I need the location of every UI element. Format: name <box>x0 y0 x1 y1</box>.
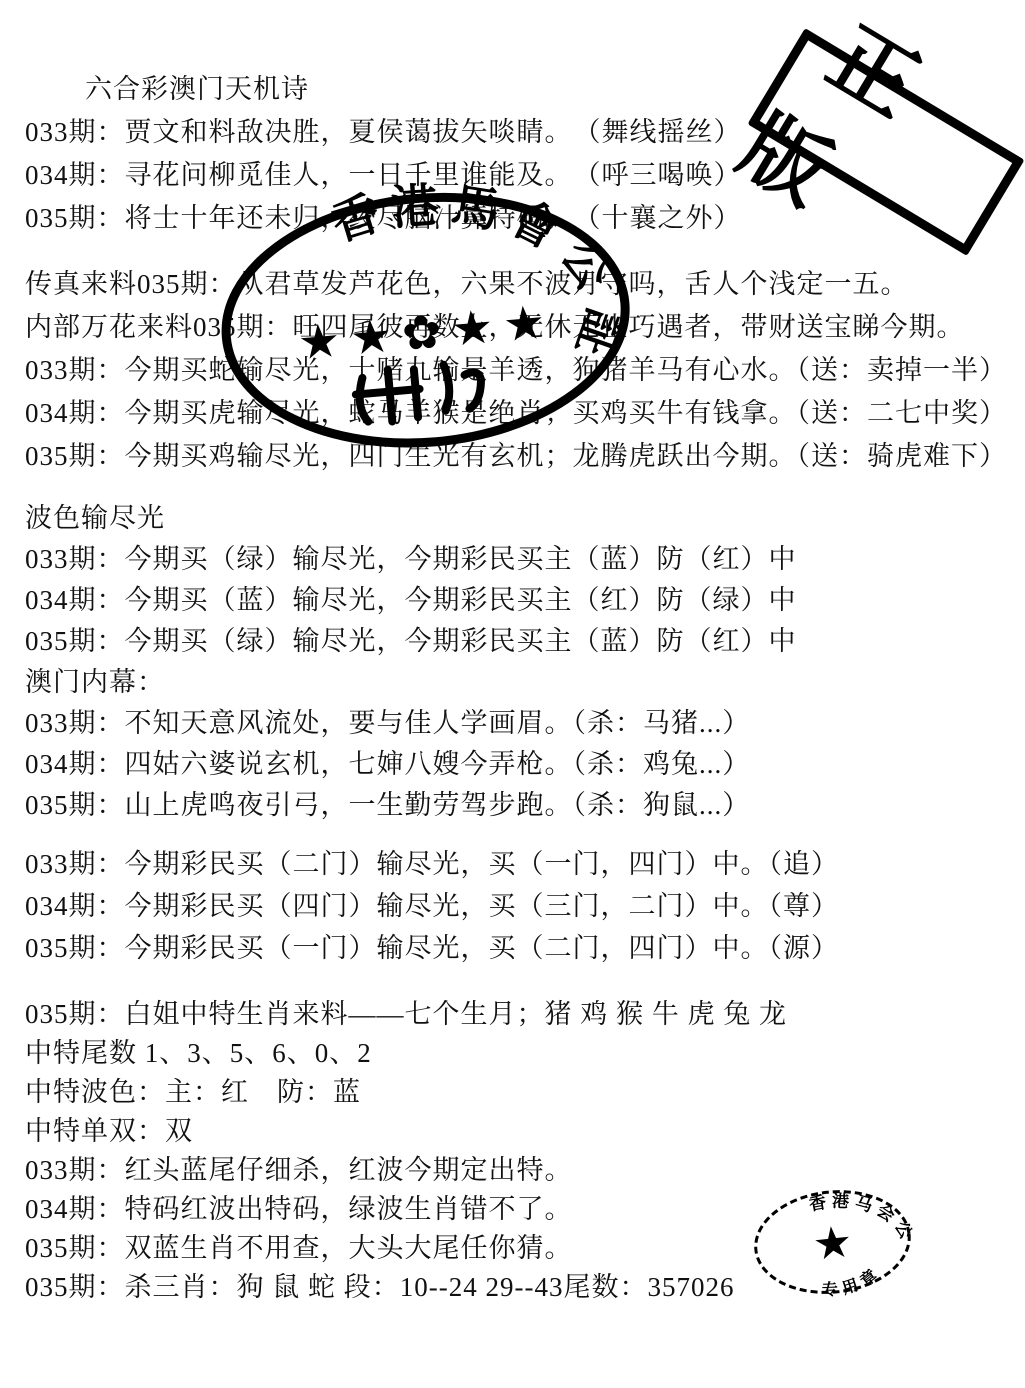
text-line: 033期：今期买（绿）输尽光，今期彩民买主（蓝）防（红）中 <box>25 539 1025 580</box>
text-line: 034期：四姑六婆说玄机，七婶八嫂今弄枪。（杀：鸡兔...） <box>25 744 1025 785</box>
gates-section: 033期：今期彩民买（二门）输尽光，买（一门，四门）中。（追） 034期：今期彩… <box>0 843 1025 969</box>
text-line: 033期：今期彩民买（二门）输尽光，买（一门，四门）中。（追） <box>25 843 1025 885</box>
wave-color-section: 波色输尽光 033期：今期买（绿）输尽光，今期彩民买主（蓝）防（红）中 034期… <box>0 498 1025 826</box>
seal-stars-icon: ★★✿★★ <box>296 294 558 369</box>
signature-scrawl-icon <box>354 362 484 425</box>
text-line: 035期：今期彩民买（一门）输尽光，买（二门，四门）中。（源） <box>25 927 1025 969</box>
jockey-club-seal-graphic: 香港馬會公証版 ★★✿★★ <box>196 163 659 480</box>
text-line: 035期：白姐中特生肖来料——七个生月；猪 鸡 猴 牛 虎 兔 龙 <box>25 995 1025 1034</box>
seal-star-icon: ★ <box>810 1217 854 1270</box>
section-header: 澳门内幕： <box>25 662 1025 703</box>
jockey-club-seal: 香港馬會公証版 ★★✿★★ <box>196 163 659 485</box>
text-line: 中特尾数 1、3、5、6、0、2 <box>25 1034 1025 1073</box>
lottery-tip-sheet: 六合彩澳门天机诗 033期：贾文和料敌决胜，夏侯蔼拔矢啖睛。 （舞线摇丝） 03… <box>0 0 1025 1388</box>
genuine-stamp: 正版 <box>747 28 1024 256</box>
text-line: 035期：山上虎鸣夜引弓，一生勤劳驾步跑。（杀：狗鼠...） <box>25 785 1025 826</box>
notary-seal-graphic: 香港马会公证处 专用章 ★ <box>742 1173 924 1315</box>
text-line: 中特单双：双 <box>25 1112 1025 1151</box>
text-line: 033期：不知天意风流处，要与佳人学画眉。（杀：马猪...） <box>25 703 1025 744</box>
notary-seal: 香港马会公证处 专用章 ★ <box>742 1173 925 1320</box>
section-header: 波色输尽光 <box>25 498 1025 539</box>
text-line: 034期：今期买（蓝）输尽光，今期彩民买主（红）防（绿）中 <box>25 580 1025 621</box>
text-line: 034期：今期彩民买（四门）输尽光，买（三门，二门）中。（尊） <box>25 885 1025 927</box>
text-line: 中特波色：主：红 防：蓝 <box>25 1073 1025 1112</box>
text-line: 035期：今期买（绿）输尽光，今期彩民买主（蓝）防（红）中 <box>25 621 1025 662</box>
